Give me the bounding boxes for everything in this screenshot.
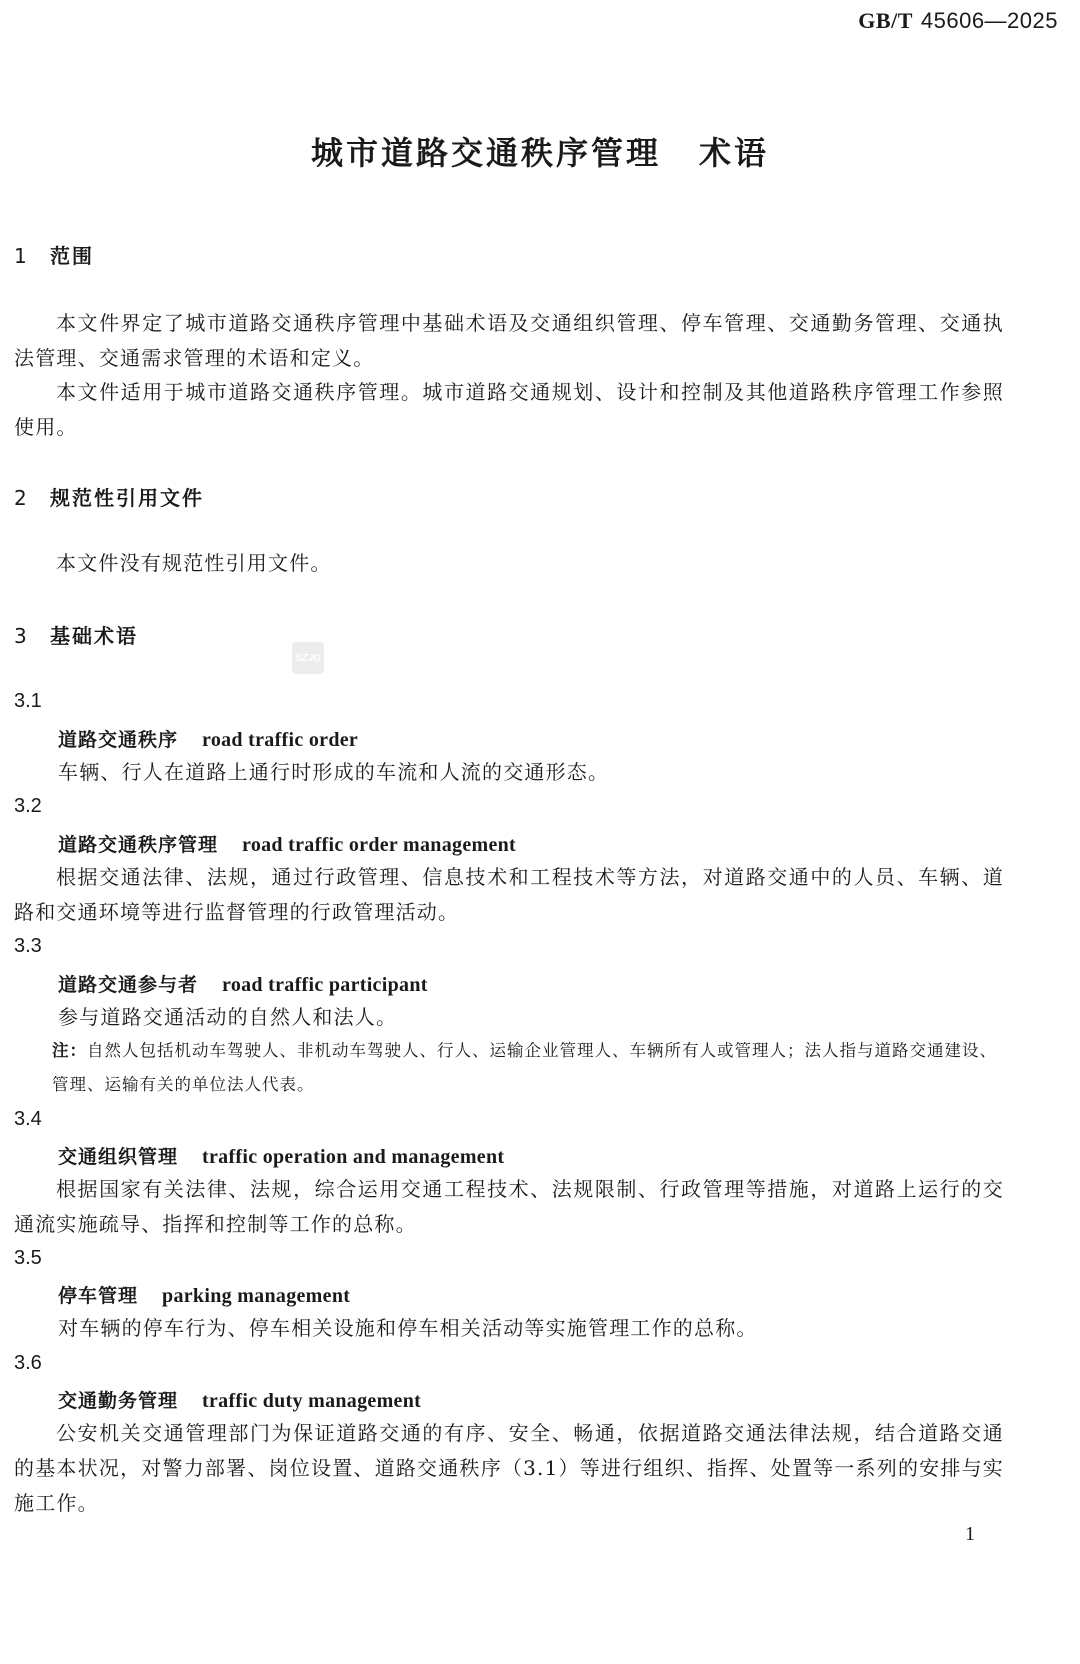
term-definition: 对车辆的停车行为、停车相关设施和停车相关活动等实施管理工作的总称。 xyxy=(58,1311,1004,1346)
term-en: traffic duty management xyxy=(202,1390,421,1412)
section-3-heading: 3基础术语 xyxy=(14,620,138,649)
note-text: 自然人包括机动车驾驶人、非机动车驾驶人、行人、运输企业管理人、车辆所有人或管理人… xyxy=(52,1041,997,1094)
term-definition: 根据国家有关法律、法规，综合运用交通工程技术、法规限制、行政管理等措施，对道路上… xyxy=(14,1172,1004,1242)
term-heading: 交通勤务管理traffic duty management xyxy=(58,1386,421,1413)
normative-references-paragraph: 本文件没有规范性引用文件。 xyxy=(14,546,1004,581)
scope-paragraph-2: 本文件适用于城市道路交通秩序管理。城市道路交通规划、设计和控制及其他道路秩序管理… xyxy=(14,375,1004,445)
term-definition: 根据交通法律、法规，通过行政管理、信息技术和工程技术等方法，对道路交通中的人员、… xyxy=(14,860,1004,930)
note-label: 注： xyxy=(52,1041,87,1060)
term-zh: 道路交通参与者 xyxy=(58,974,198,996)
title-sub: 术语 xyxy=(699,134,769,172)
section-2-heading: 2规范性引用文件 xyxy=(14,482,204,511)
page-number: 1 xyxy=(965,1523,975,1546)
standard-code: GB/T45606—2025 xyxy=(858,8,1058,34)
term-en: parking management xyxy=(162,1285,350,1307)
term-zh: 交通组织管理 xyxy=(58,1146,178,1168)
clause-number: 3.3 xyxy=(14,935,42,958)
section-number: 2 xyxy=(14,486,50,510)
scope-paragraph-1: 本文件界定了城市道路交通秩序管理中基础术语及交通组织管理、停车管理、交通勤务管理… xyxy=(14,306,1004,376)
term-en: traffic operation and management xyxy=(202,1146,504,1168)
term-note: 注：自然人包括机动车驾驶人、非机动车驾驶人、行人、运输企业管理人、车辆所有人或管… xyxy=(52,1034,1004,1102)
section-title: 规范性引用文件 xyxy=(50,486,204,510)
clause-number: 3.5 xyxy=(14,1247,42,1270)
clause-number: 3.6 xyxy=(14,1352,42,1375)
section-number: 1 xyxy=(14,244,50,268)
clause-number: 3.2 xyxy=(14,795,42,818)
document-title: 城市道路交通秩序管理术语 xyxy=(0,128,1080,174)
clause-number: 3.1 xyxy=(14,690,42,713)
clause-number: 3.4 xyxy=(14,1108,42,1131)
term-definition: 公安机关交通管理部门为保证道路交通的有序、安全、畅通，依据道路交通法律法规，结合… xyxy=(14,1416,1004,1521)
term-definition: 参与道路交通活动的自然人和法人。 xyxy=(58,1000,1004,1035)
term-heading: 停车管理parking management xyxy=(58,1281,350,1308)
term-en: road traffic order xyxy=(202,729,358,751)
title-main: 城市道路交通秩序管理 xyxy=(311,134,661,172)
term-zh: 停车管理 xyxy=(58,1285,138,1307)
section-1-heading: 1范围 xyxy=(14,240,94,269)
term-zh: 交通勤务管理 xyxy=(58,1390,178,1412)
standard-number: 45606—2025 xyxy=(921,8,1058,33)
term-en: road traffic participant xyxy=(222,974,428,996)
standard-prefix: GB/T xyxy=(858,8,913,33)
term-heading: 道路交通秩序管理road traffic order management xyxy=(58,830,516,857)
term-definition: 车辆、行人在道路上通行时形成的车流和人流的交通形态。 xyxy=(58,755,1004,790)
term-en: road traffic order management xyxy=(242,834,516,856)
section-title: 基础术语 xyxy=(50,624,138,648)
term-heading: 道路交通秩序road traffic order xyxy=(58,725,358,752)
watermark-logo: SZJG xyxy=(292,642,324,674)
term-heading: 交通组织管理traffic operation and management xyxy=(58,1142,504,1169)
section-number: 3 xyxy=(14,624,50,648)
term-zh: 道路交通秩序管理 xyxy=(58,834,218,856)
section-title: 范围 xyxy=(50,244,94,268)
term-zh: 道路交通秩序 xyxy=(58,729,178,751)
term-heading: 道路交通参与者road traffic participant xyxy=(58,970,428,997)
